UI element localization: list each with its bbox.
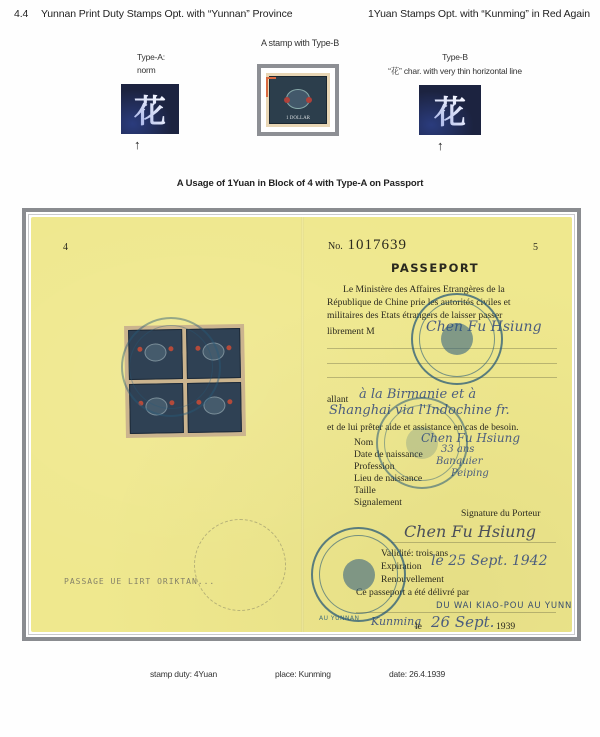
section-subtitle: 1Yuan Stamps Opt. with “Kunming” in Red … bbox=[368, 8, 590, 20]
ministry-seal-middle bbox=[376, 397, 468, 489]
section-title: 4.4 Yunnan Print Duty Stamps Opt. with “… bbox=[14, 8, 293, 20]
footer-date: date: 26.4.1939 bbox=[389, 669, 445, 679]
stamp-denomination: 1 DOLLAR bbox=[270, 116, 326, 121]
holder-signature: Chen Fu Hsiung bbox=[404, 522, 536, 541]
faint-seal-left bbox=[194, 519, 286, 611]
type-a-glyph-image: 花 bbox=[121, 84, 179, 134]
issued-year: 1939 bbox=[496, 620, 515, 632]
single-stamp-frame: 1 DOLLAR bbox=[257, 64, 339, 136]
single-stamp: 1 DOLLAR bbox=[266, 73, 330, 127]
passport-number-value: 1017639 bbox=[347, 237, 407, 253]
passport-number-label: No. bbox=[328, 241, 343, 252]
signature-label: Signature du Porteur bbox=[461, 507, 540, 520]
footer-stamp-duty: stamp duty: 4Yuan bbox=[150, 669, 217, 679]
right-page-number: 5 bbox=[533, 242, 538, 253]
type-b-note: “花” char. with very thin horizontal line bbox=[370, 65, 540, 77]
center-stamp-label: A stamp with Type-B bbox=[250, 38, 350, 48]
red-overprint-dot bbox=[284, 97, 290, 103]
usage-subtitle: A Usage of 1Yuan in Block of 4 with Type… bbox=[0, 178, 600, 189]
type-a-glyph: 花 bbox=[134, 86, 166, 132]
type-b-glyph-image: 花 bbox=[419, 85, 481, 135]
passport-number: No. 1017639 bbox=[328, 237, 407, 254]
expiration-value: le 25 Sept. 1942 bbox=[431, 553, 547, 569]
section-title-text: Yunnan Print Duty Stamps Opt. with “Yunn… bbox=[41, 8, 293, 20]
ministry-seal-top bbox=[411, 293, 503, 385]
field-label-signalement: Signalement bbox=[354, 496, 402, 509]
passport-fold bbox=[301, 217, 304, 632]
body-line: librement M bbox=[327, 325, 375, 338]
type-b-arrow-icon: ↑ bbox=[437, 139, 444, 152]
ruled-line bbox=[391, 542, 556, 543]
type-a-note: norm bbox=[137, 65, 156, 75]
seal-text-bottom: AU YUNNAN bbox=[319, 615, 360, 622]
type-a-label: Type-A: bbox=[137, 52, 165, 62]
type-b-glyph: 花 bbox=[434, 87, 466, 133]
issued-date-handwritten: 26 Sept. bbox=[431, 613, 494, 631]
footer-place: place: Kunming bbox=[275, 669, 331, 679]
type-b-label: Type-B bbox=[380, 52, 530, 62]
left-page-number: 4 bbox=[63, 242, 68, 253]
red-overprint-dot bbox=[306, 97, 312, 103]
passport-spread: 4 5 No. 1017639 PASSEPORT Le Ministère d… bbox=[31, 217, 572, 632]
type-a-arrow-icon: ↑ bbox=[134, 138, 141, 151]
block-cancellation-seal bbox=[121, 317, 221, 417]
issued-date-prefix: le bbox=[415, 620, 422, 632]
red-overprint-mark bbox=[266, 77, 276, 97]
section-number: 4.4 bbox=[14, 8, 28, 20]
faint-rubber-stamp-line: PASSAGE UE LIRT ORIKTAN... bbox=[64, 577, 215, 586]
passport-frame: 4 5 No. 1017639 PASSEPORT Le Ministère d… bbox=[22, 208, 581, 641]
body-line: Le Ministère des Affaires Etrangères de … bbox=[343, 283, 505, 296]
ministry-seal-bottom bbox=[311, 527, 406, 622]
passport-title: PASSEPORT bbox=[391, 261, 479, 275]
